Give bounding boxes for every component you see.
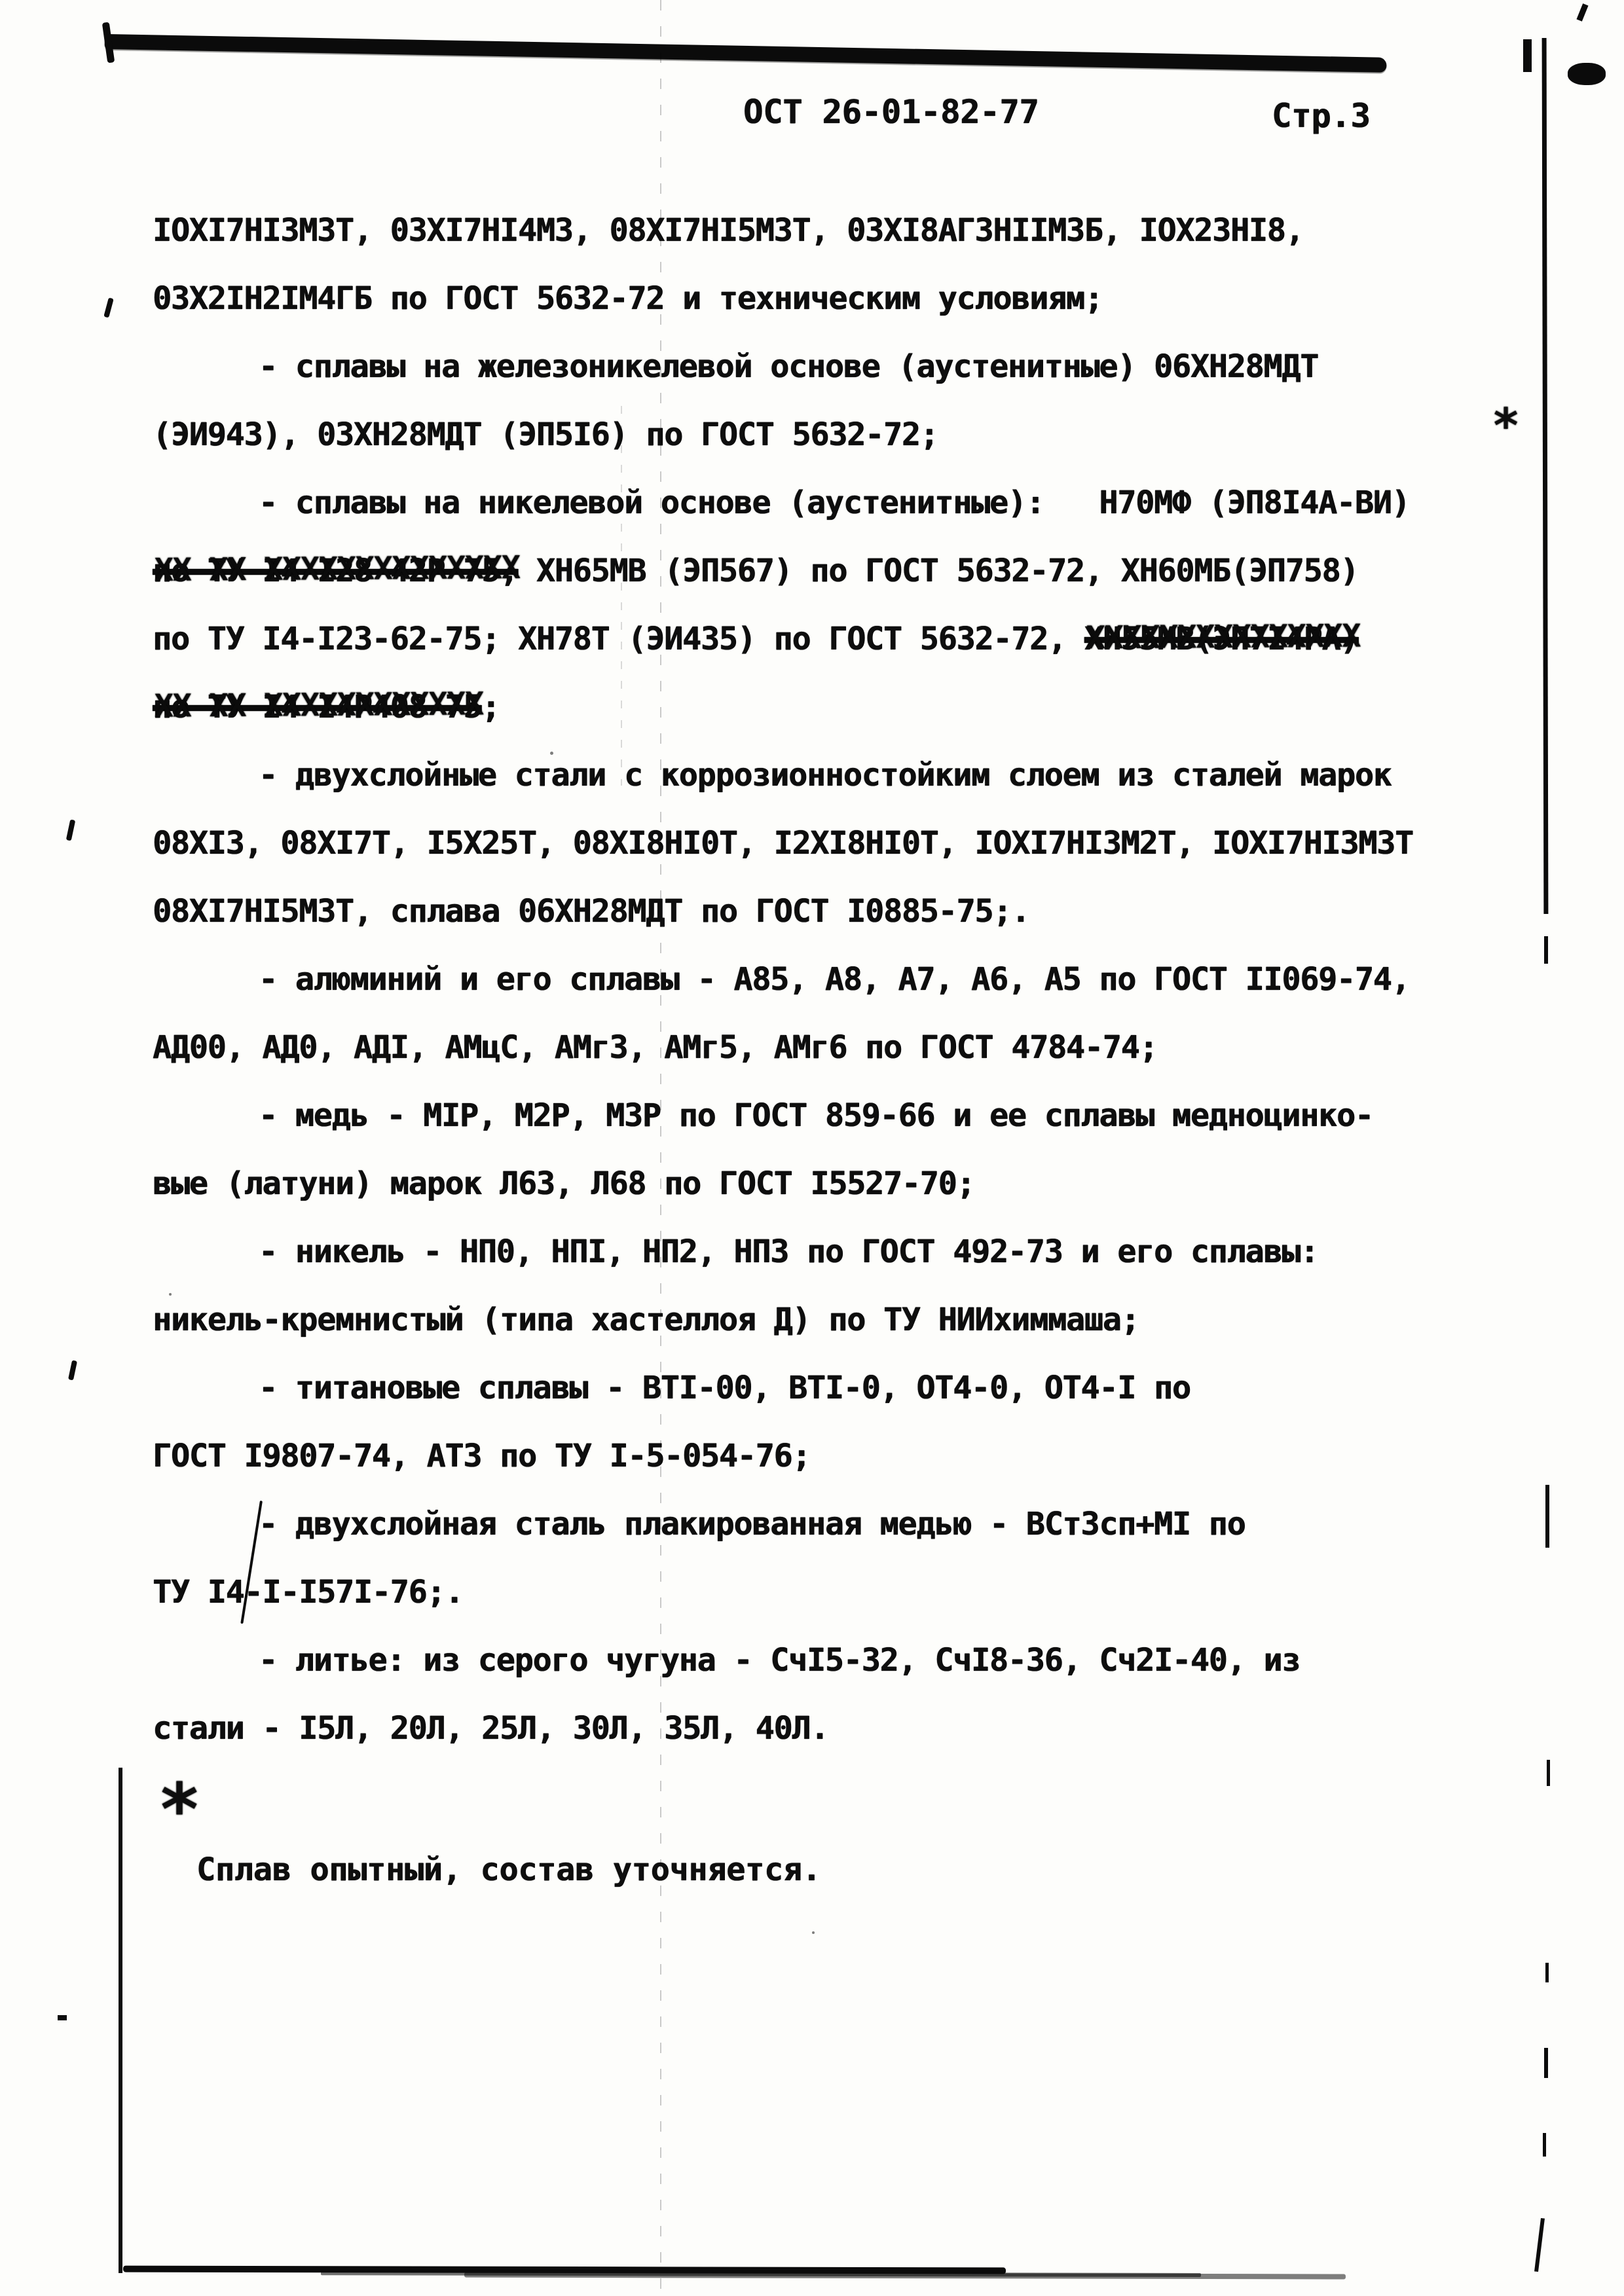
struck-text: по ТУ I4-I28-42Р-75,	[153, 537, 518, 605]
text-line: 03Х2IН2IМ4ГБ по ГОСТ 5632-72 и техническ…	[153, 264, 1567, 333]
scanned-document-page: ОСТ 26-01-82-77 Стр.3 * IОХI7НI3МЗТ, 03Х…	[0, 0, 1624, 2296]
text-line: по ТУ I4-I23-62-75; ХН78Т (ЭИ435) по ГОС…	[153, 605, 1567, 673]
text-line: ГОСТ I9807-74, АТЗ по ТУ I-5-054-76;	[153, 1422, 1567, 1490]
struck-text: по ТУ I4-I4Р408-75	[153, 673, 481, 741]
text-line: - сплавы на железоникелевой основе (ауст…	[153, 333, 1567, 401]
text-line: 08ХI3, 08ХI7Т, I5Х25Т, 08ХI8НI0Т, I2ХI8Н…	[153, 809, 1567, 877]
bottom-border-line	[123, 2266, 1006, 2274]
text-segment: по ТУ I4-I23-62-75; ХН78Т (ЭИ435) по ГОС…	[153, 621, 1084, 657]
top-border-line	[105, 34, 1387, 73]
right-border-dash	[1544, 2048, 1548, 2078]
left-margin-mark	[58, 2015, 67, 2020]
left-margin-mark	[103, 297, 113, 318]
text-line: никель-кремнистый (типа хастеллоя Д) по …	[153, 1286, 1567, 1354]
text-line: - алюминий и его сплавы - А85, А8, А7, А…	[153, 945, 1567, 1013]
text-line: 08ХI7НI5МЗТ, сплава 06ХН28МДТ по ГОСТ I0…	[153, 877, 1567, 945]
top-border-tick	[1523, 39, 1532, 72]
text-line: - сплавы на никелевой основе (аустенитны…	[153, 469, 1567, 537]
right-border-dash	[1534, 2218, 1545, 2272]
text-line: - двухслойная сталь плакированная медью …	[153, 1490, 1567, 1558]
text-line: АД00, АД0, АДI, АМцС, АМгЗ, АМг5, АМг6 п…	[153, 1013, 1567, 1082]
text-line: стали - I5Л, 20Л, 25Л, 30Л, 35Л, 40Л.	[153, 1694, 1567, 1762]
document-body: IОХI7НI3МЗТ, 03ХI7НI4МЗ, 08ХI7НI5МЗТ, 03…	[153, 196, 1567, 1762]
text-line: IОХI7НI3МЗТ, 03ХI7НI4МЗ, 08ХI7НI5МЗТ, 03…	[153, 196, 1567, 264]
right-border-dash	[1545, 1963, 1549, 1982]
left-margin-mark	[68, 1360, 77, 1380]
text-line: по ТУ I4-I28-42Р-75, ХН65МВ (ЭП567) по Г…	[153, 537, 1567, 605]
text-line: по ТУ I4-I4Р408-75;	[153, 673, 1567, 741]
text-line: вые (латуни) марок Л63, Л68 по ГОСТ I552…	[153, 1150, 1567, 1218]
left-border-line	[119, 1768, 122, 2273]
text-line: - титановые сплавы - ВТI-00, ВТI-0, ОТ4-…	[153, 1354, 1567, 1422]
text-line: - никель - НП0, НПI, НП2, НПЗ по ГОСТ 49…	[153, 1218, 1567, 1286]
text-segment: ;	[481, 689, 500, 725]
struck-text: ХН55МВ(ЭП7I4РА)	[1084, 605, 1358, 673]
right-border-dash	[1543, 2133, 1546, 2157]
footnote-text: Сплав опытный, состав уточняется.	[196, 1851, 821, 1888]
text-line: - медь - МIР, М2Р, МЗР по ГОСТ 859-66 и …	[153, 1082, 1567, 1150]
text-line: - двухслойные стали с коррозионностойким…	[153, 741, 1567, 809]
top-right-speck	[1576, 3, 1588, 21]
top-border-blob	[1568, 63, 1606, 85]
text-line: ТУ I4-I-I57I-76;.	[153, 1558, 1567, 1626]
right-border-dash	[1547, 1760, 1550, 1786]
ink-speck	[812, 1931, 815, 1934]
left-margin-mark	[66, 820, 75, 841]
text-line: (ЭИ943), 03ХН28МДТ (ЭП5I6) по ГОСТ 5632-…	[153, 401, 1567, 469]
footnote-asterisk: *	[158, 1777, 201, 1842]
page-number: Стр.3	[1272, 97, 1371, 135]
text-line: - литье: из серого чугуна - СчI5-32, СчI…	[153, 1626, 1567, 1694]
text-segment: ХН65МВ (ЭП567) по ГОСТ 5632-72, ХН60МБ(Э…	[518, 553, 1358, 589]
document-number: ОСТ 26-01-82-77	[743, 93, 1039, 131]
